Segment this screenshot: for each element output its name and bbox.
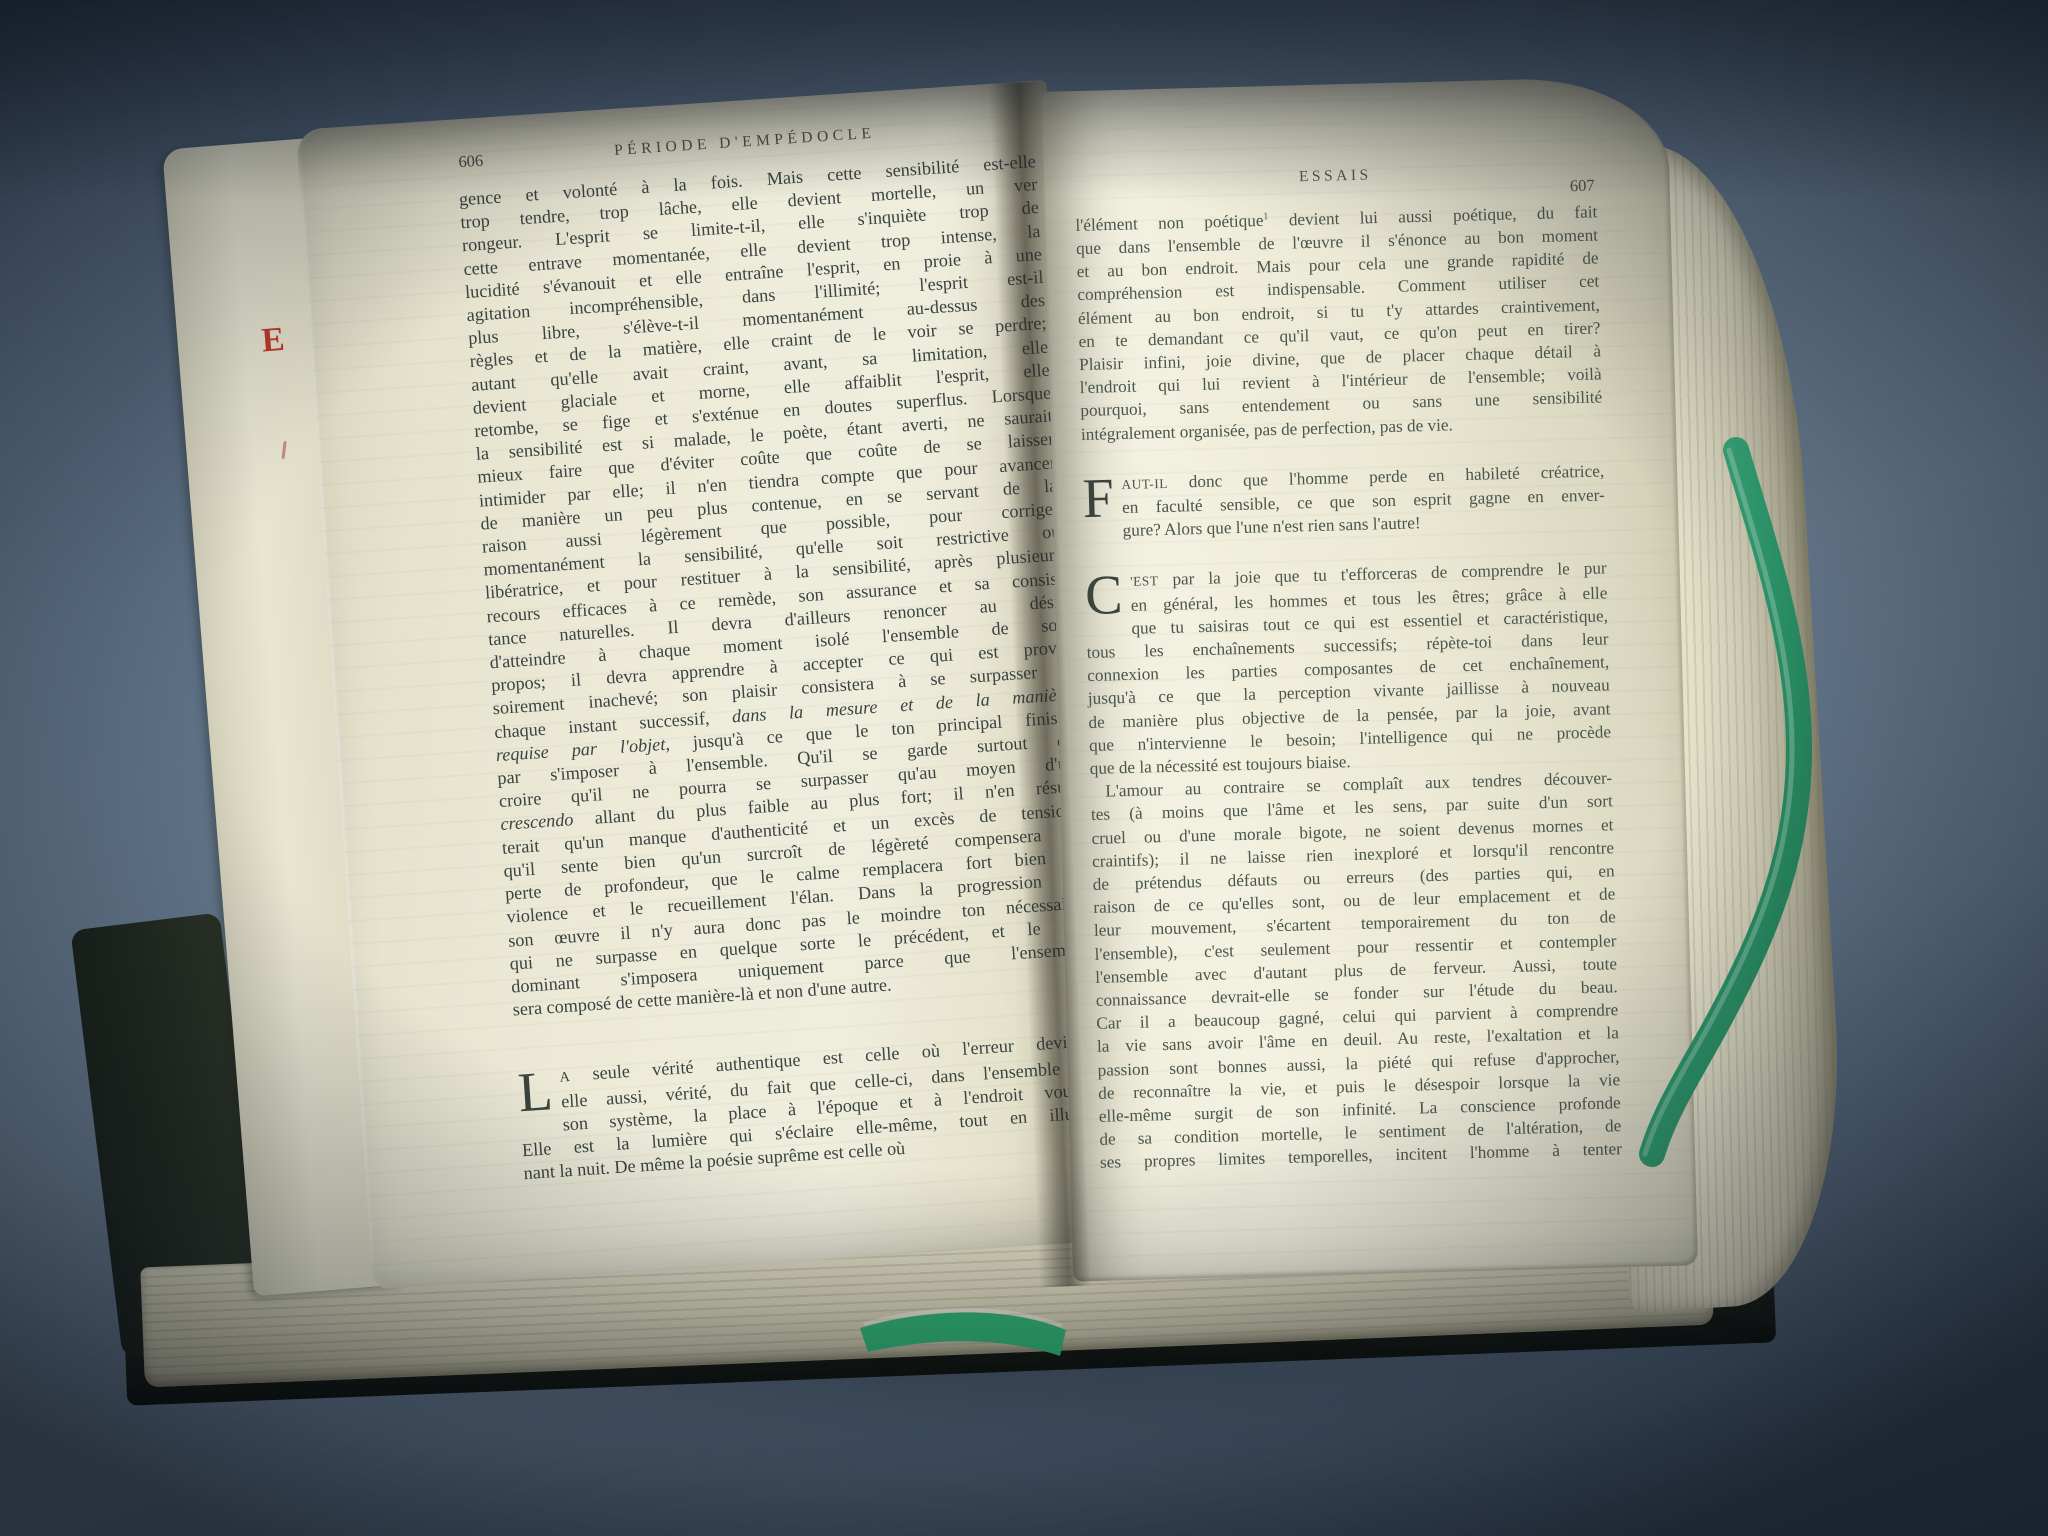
right-page: ESSAIS 607 l'élément non poétique1 devie… — [1042, 76, 1698, 1282]
page-number: 607 — [1570, 174, 1595, 198]
red-initial-letter: E — [260, 323, 285, 359]
paragraph: FAUT-IL donc que l'homme perde en habile… — [1082, 459, 1606, 543]
paragraph: gence et volonté à la fois. Mais cette s… — [458, 150, 1090, 1022]
running-head: ESSAIS — [1074, 158, 1596, 195]
paragraph: l'élément non poétique1 devient lui auss… — [1075, 197, 1603, 446]
photo-of-open-book: E 606 PÉRIODE D'EMPÉDOCLE gence et volon… — [0, 0, 2048, 1536]
paragraph: C'EST par la joie que tu t'efforceras de… — [1085, 557, 1612, 780]
right-page-text: l'élément non poétique1 devient lui auss… — [1075, 197, 1622, 1175]
drop-cap: F — [1082, 472, 1122, 522]
left-page-text: gence et volonté à la fois. Mais cette s… — [458, 150, 1101, 1185]
left-page: 606 PÉRIODE D'EMPÉDOCLE gence et volonté… — [296, 80, 1123, 1289]
paragraph: LA seule vérité authentique est celle où… — [517, 1029, 1102, 1185]
right-page-header: ESSAIS 607 — [1074, 158, 1596, 196]
drop-cap: L — [517, 1065, 562, 1116]
small-red-mark — [281, 441, 286, 459]
paragraph: L'amour au contraire se complaît aux ten… — [1090, 767, 1622, 1175]
drop-cap: C — [1085, 569, 1132, 619]
page-number: 606 — [458, 149, 484, 174]
